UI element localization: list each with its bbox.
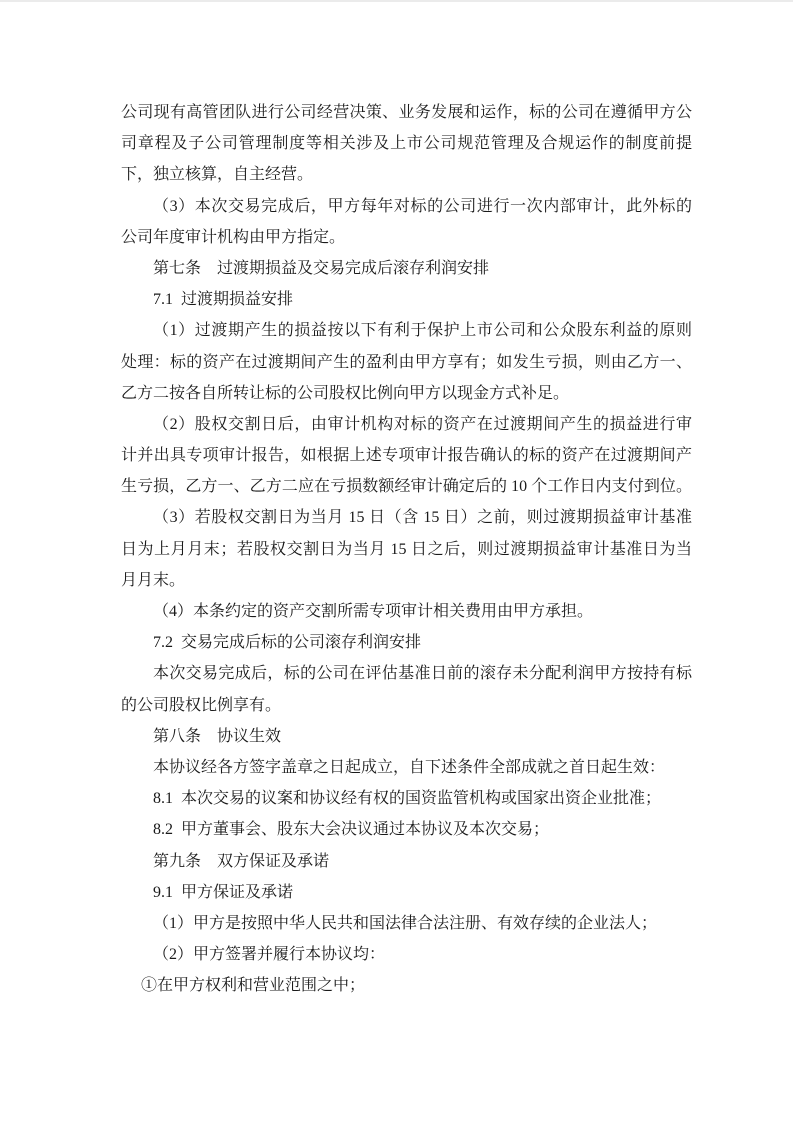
document-line: （2）股权交割日后，由审计机构对标的资产在过渡期间产生的损益进行审 [121,409,692,440]
document-line: （1）过渡期产生的损益按以下有利于保护上市公司和公众股东利益的原则 [121,315,692,346]
document-line: 月月末。 [121,565,692,596]
document-line: ①在甲方权利和营业范围之中； [121,970,692,1001]
document-line document-heading: 第七条 过渡期损益及交易完成后滚存利润安排 [121,253,692,284]
document-line: 公司年度审计机构由甲方指定。 [121,222,692,253]
document-line: 下，独立核算，自主经营。 [121,159,692,190]
document-line: 计并出具专项审计报告，如根据上述专项审计报告确认的标的资产在过渡期间产 [121,440,692,471]
document-line: 8.2 甲方董事会、股东大会决议通过本协议及本次交易； [121,814,692,845]
document-line: （3）本次交易完成后，甲方每年对标的公司进行一次内部审计，此外标的 [121,191,692,222]
document-line document-heading: 7.1 过渡期损益安排 [121,284,692,315]
document-line: 司章程及子公司管理制度等相关涉及上市公司规范管理及合规运作的制度前提 [121,128,692,159]
document-line: 日为上月月末；若股权交割日为当月 15 日之后，则过渡期损益审计基准日为当 [121,534,692,565]
document-line: 乙方二按各自所转让标的公司股权比例向甲方以现金方式补足。 [121,378,692,409]
document-page: 公司现有高管团队进行公司经营决策、业务发展和运作，标的公司在遵循甲方公 司章程及… [0,0,793,1122]
document-line: 处理：标的资产在过渡期间产生的盈利由甲方享有；如发生亏损，则由乙方一、 [121,347,692,378]
document-line: （2）甲方签署并履行本协议均： [121,939,692,970]
document-line: 本协议经各方签字盖章之日起成立，自下述条件全部成就之首日起生效： [121,752,692,783]
document-line: 8.1 本次交易的议案和协议经有权的国资监管机构或国家出资企业批准； [121,783,692,814]
document-line: （4）本条约定的资产交割所需专项审计相关费用由甲方承担。 [121,596,692,627]
document-line: 的公司股权比例享有。 [121,690,692,721]
document-line: 本次交易完成后，标的公司在评估基准日前的滚存未分配利润甲方按持有标 [121,658,692,689]
document-body: 公司现有高管团队进行公司经营决策、业务发展和运作，标的公司在遵循甲方公 司章程及… [121,97,692,1001]
page-top-edge [0,0,793,2]
document-line document-heading: 9.1 甲方保证及承诺 [121,877,692,908]
document-line: （1）甲方是按照中华人民共和国法律合法注册、有效存续的企业法人； [121,908,692,939]
document-line document-heading: 第九条 双方保证及承诺 [121,846,692,877]
document-line: 生亏损，乙方一、乙方二应在亏损数额经审计确定后的 10 个工作日内支付到位。 [121,471,692,502]
document-line: （3）若股权交割日为当月 15 日（含 15 日）之前，则过渡期损益审计基准 [121,502,692,533]
document-line document-heading: 7.2 交易完成后标的公司滚存利润安排 [121,627,692,658]
document-line document-heading: 第八条 协议生效 [121,721,692,752]
document-line: 公司现有高管团队进行公司经营决策、业务发展和运作，标的公司在遵循甲方公 [121,97,692,128]
